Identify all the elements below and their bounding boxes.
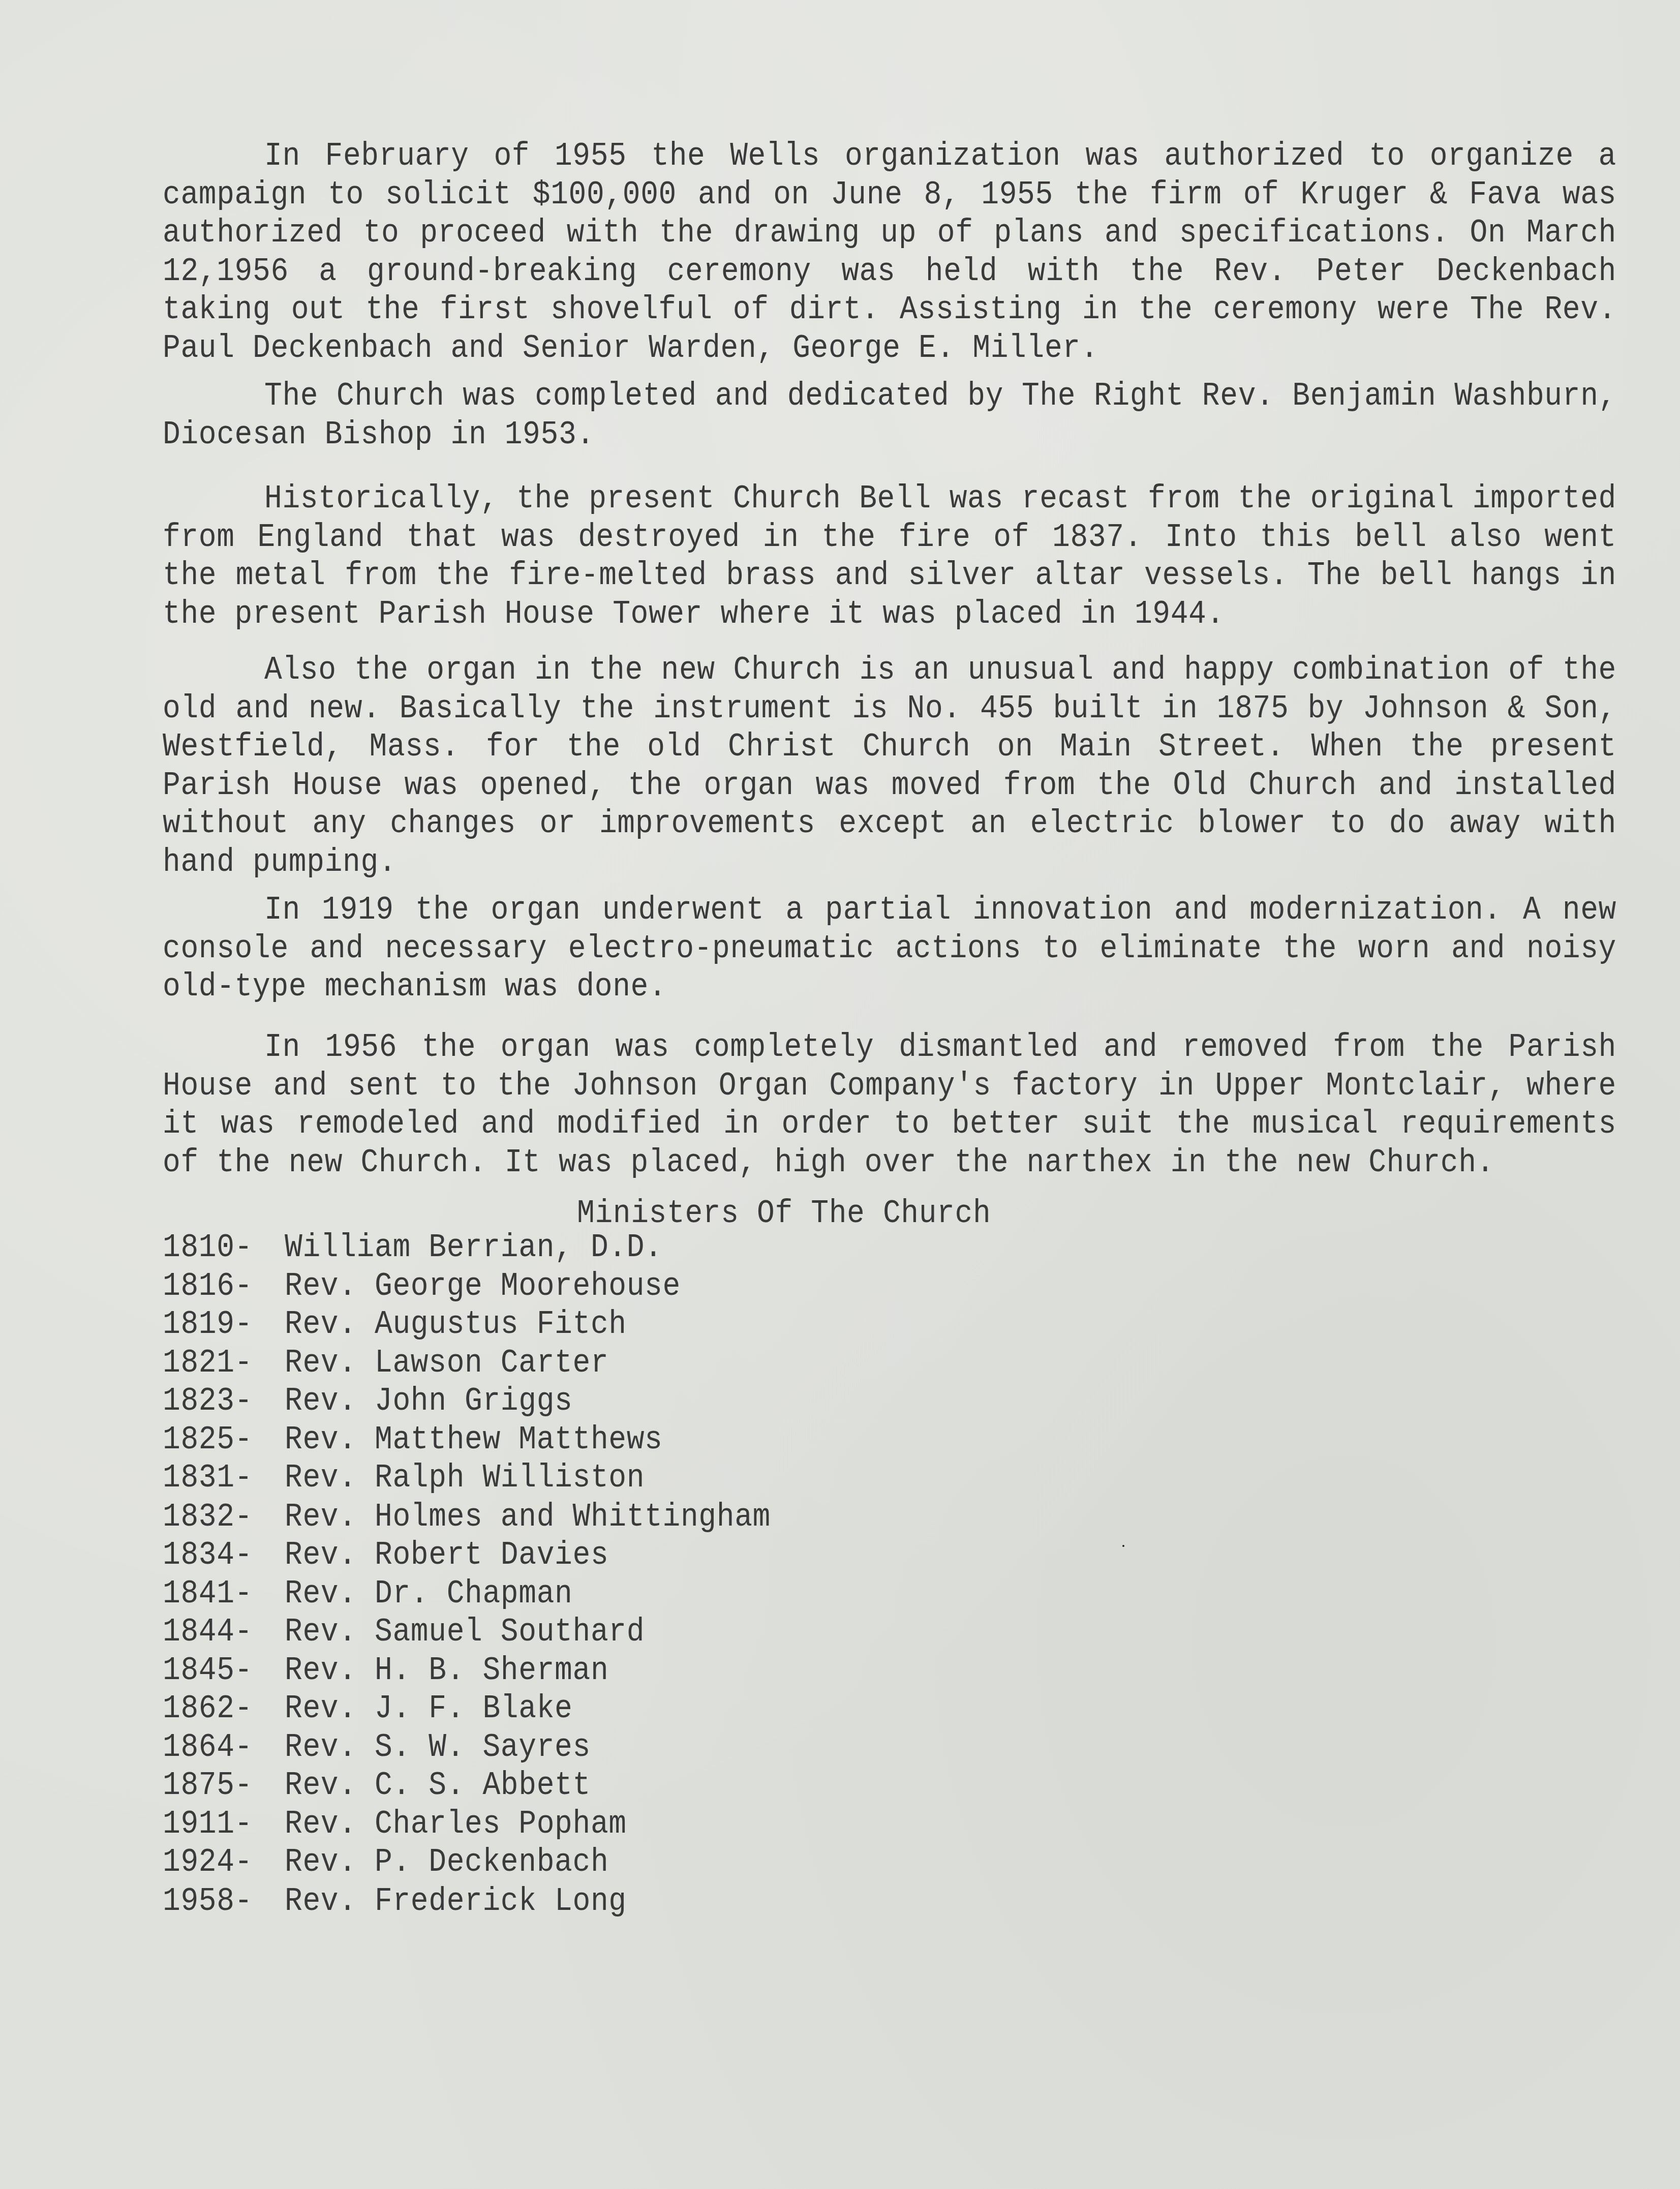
minister-year: 1845- (163, 1652, 285, 1690)
minister-name: Rev. S. W. Sayres (285, 1729, 591, 1766)
minister-name: Rev. Robert Davies (285, 1537, 608, 1574)
paragraph-organ-history: Also the organ in the new Church is an u… (163, 651, 1616, 882)
minister-entry: 1823-Rev. John Griggs (163, 1382, 1616, 1421)
minister-year: 1834- (163, 1536, 285, 1575)
ministers-heading: Ministers Of The Church (577, 1195, 1616, 1233)
paper-speck (1122, 1545, 1124, 1547)
paragraph-organ-1919: In 1919 the organ underwent a partial in… (163, 891, 1616, 1007)
minister-entry: 1832-Rev. Holmes and Whittingham (163, 1498, 1616, 1536)
minister-entry: 1810-William Berrian, D.D. (163, 1229, 1616, 1267)
minister-entry: 1816-Rev. George Moorehouse (163, 1267, 1616, 1306)
minister-name: Rev. H. B. Sherman (285, 1652, 608, 1689)
minister-name: Rev. Samuel Southard (285, 1614, 645, 1651)
minister-name: Rev. Lawson Carter (285, 1345, 608, 1382)
minister-year: 1819- (163, 1305, 285, 1344)
minister-entry: 1845-Rev. H. B. Sherman (163, 1652, 1616, 1690)
minister-entry: 1924-Rev. P. Deckenbach (163, 1844, 1616, 1882)
minister-year: 1841- (163, 1574, 285, 1613)
minister-entry: 1821-Rev. Lawson Carter (163, 1344, 1616, 1383)
minister-year: 1911- (163, 1805, 285, 1844)
minister-year: 1821- (163, 1344, 285, 1383)
minister-entry: 1875-Rev. C. S. Abbett (163, 1767, 1616, 1805)
minister-year: 1831- (163, 1460, 285, 1498)
minister-year: 1862- (163, 1690, 285, 1728)
minister-entry: 1958-Rev. Frederick Long (163, 1882, 1616, 1921)
minister-entry: 1864-Rev. S. W. Sayres (163, 1728, 1616, 1767)
minister-year: 1875- (163, 1767, 285, 1805)
minister-year: 1958- (163, 1882, 285, 1921)
paragraph-dedication: The Church was completed and dedicated b… (163, 377, 1616, 454)
minister-entry: 1825-Rev. Matthew Matthews (163, 1421, 1616, 1460)
minister-name: Rev. Ralph Williston (285, 1460, 645, 1497)
minister-year: 1832- (163, 1498, 285, 1536)
minister-name: Rev. Charles Popham (285, 1806, 627, 1843)
minister-name: Rev. C. S. Abbett (285, 1768, 591, 1805)
document-page: In February of 1955 the Wells organizati… (163, 137, 1616, 1846)
minister-name: Rev. P. Deckenbach (285, 1844, 608, 1881)
paragraph-church-bell: Historically, the present Church Bell wa… (163, 480, 1616, 633)
minister-year: 1825- (163, 1421, 285, 1460)
minister-name: Rev. Dr. Chapman (285, 1575, 573, 1613)
minister-entry: 1911-Rev. Charles Popham (163, 1805, 1616, 1844)
paragraph-organ-1956: In 1956 the organ was completely dismant… (163, 1028, 1616, 1182)
minister-name: William Berrian, D.D. (285, 1229, 663, 1266)
minister-year: 1924- (163, 1844, 285, 1882)
minister-name: Rev. George Moorehouse (285, 1268, 681, 1305)
minister-name: Rev. Augustus Fitch (285, 1306, 627, 1343)
minister-entry: 1844-Rev. Samuel Southard (163, 1613, 1616, 1652)
minister-name: Rev. J. F. Blake (285, 1690, 573, 1727)
minister-name: Rev. Matthew Matthews (285, 1421, 663, 1458)
minister-entry: 1819-Rev. Augustus Fitch (163, 1305, 1616, 1344)
paragraph-fundraising-groundbreaking: In February of 1955 the Wells organizati… (163, 137, 1616, 368)
minister-year: 1844- (163, 1613, 285, 1652)
minister-name: Rev. Frederick Long (285, 1882, 627, 1920)
minister-name: Rev. John Griggs (285, 1383, 573, 1420)
minister-name: Rev. Holmes and Whittingham (285, 1498, 771, 1535)
minister-entry: 1831-Rev. Ralph Williston (163, 1460, 1616, 1498)
minister-year: 1864- (163, 1728, 285, 1767)
minister-entry: 1834-Rev. Robert Davies (163, 1536, 1616, 1575)
minister-year: 1810- (163, 1229, 285, 1267)
minister-year: 1823- (163, 1382, 285, 1421)
minister-entry: 1841-Rev. Dr. Chapman (163, 1574, 1616, 1613)
minister-entry: 1862-Rev. J. F. Blake (163, 1690, 1616, 1728)
ministers-list: 1810-William Berrian, D.D.1816-Rev. Geor… (163, 1229, 1616, 1921)
minister-year: 1816- (163, 1267, 285, 1306)
